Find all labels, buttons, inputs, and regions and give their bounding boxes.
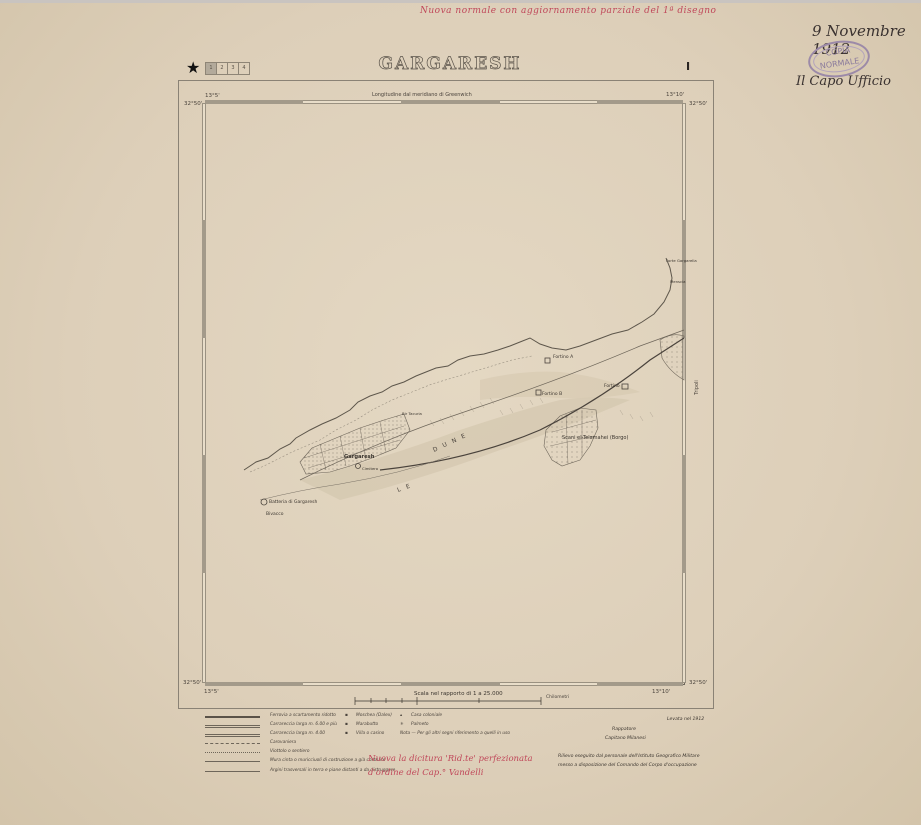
surveyor-name: Capitano Milanesi	[605, 736, 646, 741]
institute-line-1: Rilievo eseguito dal personale dell'Isti…	[558, 754, 700, 759]
survey-year: Levata nel 1912	[667, 717, 704, 722]
scale-unit: Chilometri	[546, 695, 569, 700]
svg-text:Batteria di Gargaresh: Batteria di Gargaresh	[269, 499, 317, 505]
svg-text:Fortino B: Fortino B	[542, 391, 562, 397]
legend-line-sample	[205, 734, 260, 737]
house-icon: ▴	[400, 713, 402, 718]
legend-line-label: Ferrovia a scartamento ridotto	[270, 713, 336, 718]
legend-line-label: Viottolo o sentiero	[270, 749, 309, 754]
svg-text:Scani el-Telamahei (Borgo): Scani el-Telamahei (Borgo)	[562, 435, 628, 441]
legend-line-sample	[205, 725, 260, 728]
svg-text:Cimitero: Cimitero	[362, 466, 379, 471]
svg-text:Bivacco: Bivacco	[266, 511, 284, 517]
legend-line-sample	[205, 771, 260, 772]
legend-line-label: Carrareccia larga m. 4.00	[270, 731, 325, 736]
map-sheet: Nuova normale con aggiornamento parziale…	[0, 0, 921, 825]
scale-label: Scala nel rapporto di 1 a 25.000	[414, 691, 503, 697]
bottom-annotation-line2: d'ordine del Cap.° Vandelli	[368, 766, 533, 780]
svg-text:Fortino: Fortino	[604, 383, 620, 389]
legend-line-sample	[205, 716, 260, 718]
legend-line-sample	[205, 752, 260, 753]
svg-text:Menscia: Menscia	[670, 279, 685, 284]
legend-line-label: Carovaniera	[270, 740, 296, 745]
svg-text:Fortino A: Fortino A	[553, 354, 574, 360]
legend-symbol-label: Marabutto	[356, 722, 378, 727]
map-content: Gargaresh Batteria di Gargaresh Bivacco …	[0, 0, 921, 825]
scale-bar	[355, 697, 541, 705]
villa-icon: ▪	[345, 731, 348, 736]
legend-symbol-label: Palmeto	[411, 722, 429, 727]
legend-symbol-label: Moschea (Dalex)	[356, 713, 392, 718]
legend-symbol-label: Casa coloniale	[411, 713, 442, 718]
mosque-icon: ▪	[345, 713, 348, 718]
bottom-annotation-line1: Nuova la dicitura 'Rid.te' perfezionata	[368, 752, 533, 766]
svg-text:Gargaresh: Gargaresh	[344, 454, 375, 460]
bottom-annotation: Nuova la dicitura 'Rid.te' perfezionata …	[368, 752, 533, 780]
legend-line-sample	[205, 761, 260, 762]
svg-text:Forte Gargarella: Forte Gargarella	[666, 258, 697, 263]
palm-icon: ✳	[400, 722, 404, 727]
marabout-icon: ▪	[345, 722, 348, 727]
legend-line-sample	[205, 743, 260, 744]
legend-symbol-label: Villa o casino	[356, 731, 384, 736]
legend-line-label: Carrareccia larga m. 6.00 e più	[270, 722, 337, 727]
svg-text:Bir Tacuria: Bir Tacuria	[402, 411, 422, 416]
institute-line-2: messo a disposizione del Comando del Cor…	[558, 763, 697, 768]
surveyor-role: Rappatore	[612, 727, 636, 732]
legend-note: Nota — Per gli altri segni riferimento a…	[400, 731, 510, 736]
